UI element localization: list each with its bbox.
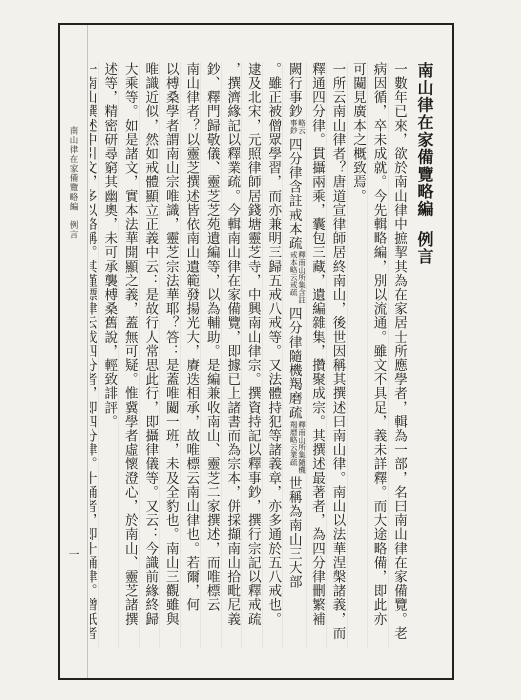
text-column-15: 述等，精密研尋窮其幽奧，未可承襲榑桑舊說，輕致誹評。 xyxy=(98,62,119,648)
page-number: 一 xyxy=(62,546,86,562)
running-title: 南山律在家備覽略編例言 xyxy=(66,126,80,240)
text-column-8: 逮及北宋，元照律師居錢塘靈芝寺，中興南山律宗。撰資持記以釋事鈔，撰行宗記以釋戒疏 xyxy=(241,62,262,648)
text-body: 南山律在家備覽略編例言一數年已來，欲於南山律中摭挈其為在家居士所應學者，輯為一部… xyxy=(90,26,450,676)
interlinear-note: 釋南山所集含註戒本略云戒疏 xyxy=(289,251,305,306)
text-column-10: 鈔、釋門歸敬儀、靈芝芝苑遺編等，以為輔助。是編兼收南山、靈芝二家撰述，而唯標云 xyxy=(200,62,221,648)
text-column-11: 南山律者？以靈芝撰述皆依南山遺範發揚光大，賡迭相承，故唯標云南山律也。若爾，何 xyxy=(180,62,201,648)
text-run: 鈔、釋門歸敬儀、靈芝芝苑遺編等，以為輔助。是編兼收南山、靈芝二家撰述，而唯標云 xyxy=(204,62,220,612)
scanned-book-page: { "page": { "paper_color": "#f2f1ec", "i… xyxy=(0,0,521,700)
running-title-main: 南山律在家備覽略編 xyxy=(68,126,78,212)
text-run: 例言 xyxy=(415,231,434,266)
interlinear-note: 釋南山所集隨機羯磨略云業疏 xyxy=(289,421,305,476)
text-run: 大乘等。如是諸文，實本法華開顯之義，蓋無可疑。惟冀學者虛懷澄心，於南山、靈芝諸撰 xyxy=(122,62,138,626)
text-run: 南山律者？以靈芝撰述皆依南山遺範發揚光大，賡迭相承，故唯標云南山律也。若爾，何 xyxy=(183,62,199,612)
text-column-1: 一數年已來，欲於南山律中摭挈其為在家居士所應學者，輯為一部，名曰南山律在家備覽。… xyxy=(388,62,409,648)
text-column-2: 病因循，卒未成就。今先輯略編，別以流通。雖文不具足，義未詳釋。而大途略備，即此亦 xyxy=(367,62,388,648)
text-run: 以榑桑學者謂南山宗唯識，靈芝宗法華耶？答：是蓋唯闚一班，未及全豹也。南山三觀雖與 xyxy=(163,62,179,626)
text-run: 一所云南山律者？唐道宣律師居終南山，後世因稱其撰述曰南山律。南山以法華涅槃諸義，… xyxy=(330,62,346,640)
text-run: 述等，精密研尋窮其幽奧，未可承襲榑桑舊說，輕致誹評。 xyxy=(101,62,117,429)
text-run: 世稱為南山三大部 xyxy=(286,476,302,589)
text-run: 。雖正被僧眾學習，而亦兼明三歸五戒八戒等。又法體持犯等諸義章，亦多通於五八戒也。 xyxy=(265,62,281,626)
text-run: 一南山撰述中引文，多以略稱。其僅標律云或四分者，即四分律。十誦者，即十誦律。僧祇… xyxy=(90,62,97,640)
text-column-16: 一南山撰述中引文，多以略稱。其僅標律云或四分者，即四分律。十誦者，即十誦律。僧祇… xyxy=(90,62,98,648)
text-run: 四分律隨機羯磨疏 xyxy=(286,307,302,420)
text-run: 南山律在家備覽略編 xyxy=(415,62,434,218)
text-column-12: 以榑桑學者謂南山宗唯識，靈芝宗法華耶？答：是蓋唯闚一班，未及全豹也。南山三觀雖與 xyxy=(159,62,180,648)
text-column-14: 大乘等。如是諸文，實本法華開顯之義，蓋無可疑。惟冀學者虛懷澄心，於南山、靈芝諸撰 xyxy=(118,62,139,648)
text-column-13: 唯識近似，然如戒體顯立正義中云：是故行人常思此行，即攝律儀等。又云：今識前緣終歸 xyxy=(139,62,160,648)
gutter-strip xyxy=(60,25,88,678)
text-run: 病因循，卒未成就。今先輯略編，別以流通。雖文不具足，義未詳釋。而大途略備，即此亦 xyxy=(371,62,387,626)
text-run: ，撰濟緣記以釋業疏。今輯南山律在家備覽，即據已上諸書而為宗本，併採擷南山拾毗尼義 xyxy=(224,62,240,626)
text-column-4: 一所云南山律者？唐道宣律師居終南山，後世因稱其撰述曰南山律。南山以法華涅槃諸義，… xyxy=(326,62,347,648)
text-run: 可闚見廣本之概致焉。 xyxy=(350,62,366,203)
text-column-7: 。雖正被僧眾學習，而亦兼明三歸五戒八戒等。又法體持犯等諸義章，亦多通於五八戒也。 xyxy=(262,62,283,648)
text-column-5: 釋通四分律。貫攝兩乘，囊包三藏，遺編雜集，攢聚成宗。其撰述最著者，為四分律刪繁補 xyxy=(306,62,327,648)
text-run: 闕行事鈔 xyxy=(286,62,302,118)
text-column-9: ，撰濟緣記以釋業疏。今輯南山律在家備覽，即據已上諸書而為宗本，併採擷南山拾毗尼義 xyxy=(221,62,242,648)
interlinear-note: 略云事鈔 xyxy=(289,119,305,136)
text-run: 逮及北宋，元照律師居錢塘靈芝寺，中興南山律宗。撰資持記以釋事鈔，撰行宗記以釋戒疏 xyxy=(245,62,261,626)
title-column: 南山律在家備覽略編例言 xyxy=(411,62,438,648)
text-run: 四分律含註戒本疏 xyxy=(286,137,302,250)
text-column-3: 可闚見廣本之概致焉。 xyxy=(347,62,368,648)
text-run: 釋通四分律。貫攝兩乘，囊包三藏，遺編雜集，攢聚成宗。其撰述最著者，為四分律刪繁補 xyxy=(309,62,325,626)
text-run: 一數年已來，欲於南山律中摭挈其為在家居士所應學者，輯為一部，名曰南山律在家備覽。… xyxy=(391,62,407,640)
text-column-6: 闕行事鈔略云事鈔四分律含註戒本疏釋南山所集含註戒本略云戒疏四分律隨機羯磨疏釋南山… xyxy=(282,62,305,648)
running-title-sub: 例言 xyxy=(68,221,78,240)
text-run: 唯識近似，然如戒體顯立正義中云：是故行人常思此行，即攝律儀等。又云：今識前緣終歸 xyxy=(142,62,158,626)
